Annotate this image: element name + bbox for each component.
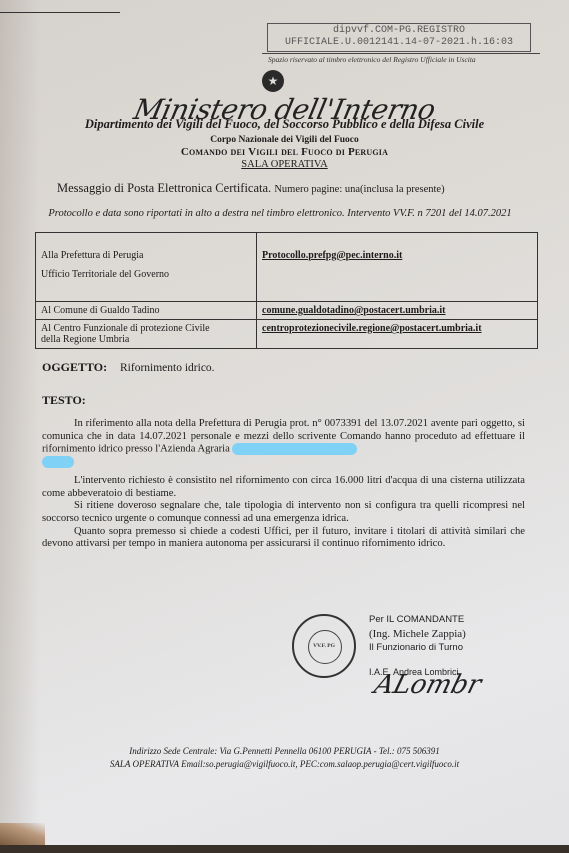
recipient-name-line: Al Centro Funzionale di protezione Civil… [41,323,251,334]
handwritten-signature: ALombr [371,670,484,700]
recipient-name: Alla Prefettura di Perugia Ufficio Terri… [36,233,257,302]
recipient-email[interactable]: Protocollo.prefpg@pec.interno.it [257,233,538,302]
table-surface-edge [0,845,569,853]
table-row: Al Comune di Gualdo Tadino comune.gualdo… [36,302,538,320]
commander-name: (Ing. Michele Zappia) [369,627,466,641]
protocol-note: Protocollo e data sono riportati in alto… [40,207,520,220]
message-type: Messaggio di Posta Elettronica Certifica… [57,181,445,196]
italian-republic-emblem-icon: ★ [262,70,284,92]
body-label: TESTO: [42,393,86,408]
recipient-name-line: della Regione Umbria [41,334,251,345]
table-row: Alla Prefettura di Perugia Ufficio Terri… [36,233,538,302]
department-name: Dipartimento dei Vigili del Fuoco, del S… [0,117,569,132]
footer-address: Indirizzo Sede Centrale: Via G.Pennetti … [0,745,569,758]
official-seal-stamp: VV.F. PG [292,614,356,678]
body-paragraph: L'intervento richiesto è consistito nel … [42,475,525,500]
signature-line1: Per IL COMANDANTE [369,613,466,627]
body-text: In riferimento alla nota della Prefettur… [42,418,525,551]
stamp-caption: Spazio riservato al timbro elettronico d… [268,55,476,64]
message-type-label: Messaggio di Posta Elettronica Certifica… [57,181,271,195]
subject-label: OGGETTO: [42,360,107,374]
body-paragraph: Quanto sopra premesso si chiede a codest… [42,526,525,551]
redaction-mark [42,456,74,468]
signature-line3: Il Funzionario di Turno [369,641,466,655]
table-surface-corner [0,823,45,845]
body-paragraph: In riferimento alla nota della Prefettur… [42,418,525,469]
footer-contacts: SALA OPERATIVA Email:so.perugia@vigilfuo… [0,758,569,771]
top-fold-line [0,12,120,13]
pages-label: Numero pagine: una(inclusa la presente) [274,184,444,195]
command-name: Comando dei Vigili del Fuoco di Perugia [0,146,569,158]
corps-name: Corpo Nazionale dei Vigili del Fuoco [0,135,569,145]
protocol-stamp-line1: dipvvf.COM-PG.REGISTRO [268,25,530,37]
office-name: SALA OPERATIVA [0,159,569,170]
recipient-name: Al Comune di Gualdo Tadino [36,302,257,320]
seal-text: VV.F. PG [294,616,354,676]
protocol-stamp-line2: UFFICIALE.U.0012141.14-07-2021.h.16:03 [268,37,530,49]
subject: OGGETTO: Rifornimento idrico. [42,360,215,375]
recipient-name-line: Alla Prefettura di Perugia [41,236,251,261]
table-row: Al Centro Funzionale di protezione Civil… [36,320,538,349]
recipient-email[interactable]: comune.gualdotadino@postacert.umbria.it [257,302,538,320]
recipient-name: Al Centro Funzionale di protezione Civil… [36,320,257,349]
protocol-stamp: dipvvf.COM-PG.REGISTRO UFFICIALE.U.00121… [267,23,531,52]
recipient-name-line: Ufficio Territoriale del Governo [41,261,251,280]
footer: Indirizzo Sede Centrale: Via G.Pennetti … [0,745,569,771]
recipients-table: Alla Prefettura di Perugia Ufficio Terri… [35,232,538,349]
body-paragraph: Si ritiene doveroso segnalare che, tale … [42,500,525,525]
redaction-mark [232,443,357,455]
subject-value: Rifornimento idrico. [120,362,215,374]
recipient-email[interactable]: centroprotezionecivile.regione@postacert… [257,320,538,349]
stamp-rule [262,53,540,54]
